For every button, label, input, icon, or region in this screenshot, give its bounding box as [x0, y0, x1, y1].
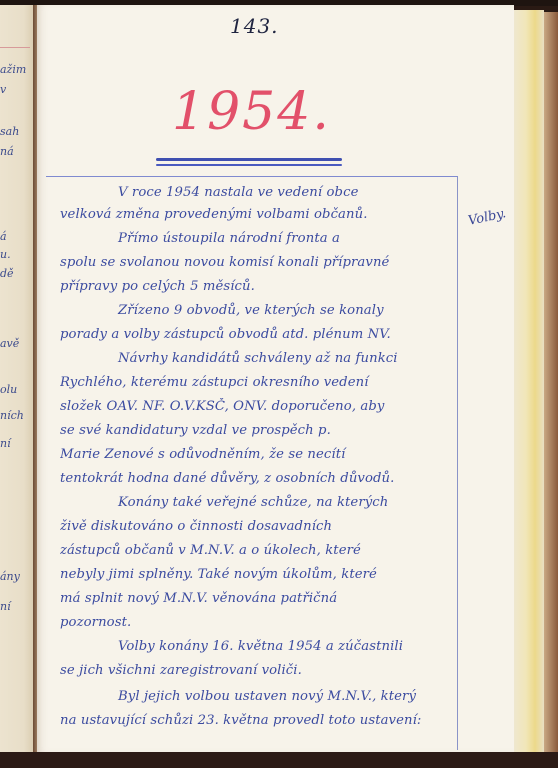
- text-line: V roce 1954 nastala ve vedení obce: [60, 184, 460, 202]
- text-line: Konány také veřejné schůze, na kterých: [60, 494, 460, 512]
- left-page-fragment: ná: [0, 145, 14, 158]
- scan-bottom-edge: [0, 752, 558, 768]
- text-line: Návrhy kandidátů schváleny až na funkci: [60, 350, 460, 368]
- page-stack-edge: [514, 10, 544, 752]
- text-line: má splnit nový M.N.V. věnována patřičná: [60, 590, 460, 608]
- text-line: živě diskutováno o činnosti dosavadních: [60, 518, 460, 536]
- text-line: Přímo ústoupila národní fronta a: [60, 230, 460, 248]
- text-line: přípravy po celých 5 měsíců.: [60, 278, 460, 296]
- left-page-fragment: ních: [0, 409, 24, 422]
- left-page-fragment: ní: [0, 600, 11, 613]
- text-line: velková změna provedenými volbami občanů…: [60, 206, 460, 224]
- text-line: se své kandidatury vzdal ve prospěch p.: [60, 422, 460, 440]
- heading-underline: [156, 158, 342, 161]
- left-page-fragment: ní: [0, 437, 11, 450]
- page-number: 143.: [230, 14, 279, 38]
- text-line: tentokrát hodna dané důvěry, z osobních …: [60, 470, 460, 488]
- text-line: složek OAV. NF. O.V.KSČ, ONV. doporučeno…: [60, 398, 460, 416]
- left-page-fragment: dě: [0, 267, 14, 280]
- left-page-fragment: v: [0, 83, 6, 96]
- left-page-fragment: sah: [0, 125, 19, 138]
- text-line: Volby konány 16. května 1954 a zúčastnil…: [60, 638, 460, 656]
- text-line: na ustavující schůzi 23. května provedl …: [60, 712, 460, 730]
- heading-underline: [156, 164, 342, 166]
- left-page-fragment: á: [0, 230, 7, 243]
- left-page-fragment: ány: [0, 570, 20, 583]
- text-line: zástupců občanů v M.N.V. a o úkolech, kt…: [60, 542, 460, 560]
- book-cover-edge: [544, 12, 558, 752]
- previous-page-strip: ažim v sah ná á u. dě avě olu ních ní án…: [0, 5, 34, 753]
- red-margin-rule: [0, 47, 30, 48]
- text-line: spolu se svolanou novou komisí konali př…: [60, 254, 460, 272]
- year-heading: 1954.: [172, 82, 331, 142]
- text-line: nebyly jimi splněny. Také novým úkolům, …: [60, 566, 460, 584]
- text-line: Marie Zenové s odůvodněním, že se necítí: [60, 446, 460, 464]
- text-line: pozornost.: [60, 614, 460, 632]
- text-line: Zřízeno 9 obvodů, ve kterých se konaly: [60, 302, 460, 320]
- left-page-fragment: olu: [0, 383, 17, 396]
- text-line: se jich všichni zaregistrovaní voliči.: [60, 662, 460, 680]
- text-line: Rychlého, kterému zástupci okresního ved…: [60, 374, 460, 392]
- left-page-fragment: u.: [0, 248, 11, 261]
- left-page-fragment: avě: [0, 337, 19, 350]
- text-line: porady a volby zástupců obvodů atd. plén…: [60, 326, 460, 344]
- left-page-fragment: ažim: [0, 63, 26, 76]
- text-line: Byl jejich volbou ustaven nový M.N.V., k…: [60, 688, 460, 706]
